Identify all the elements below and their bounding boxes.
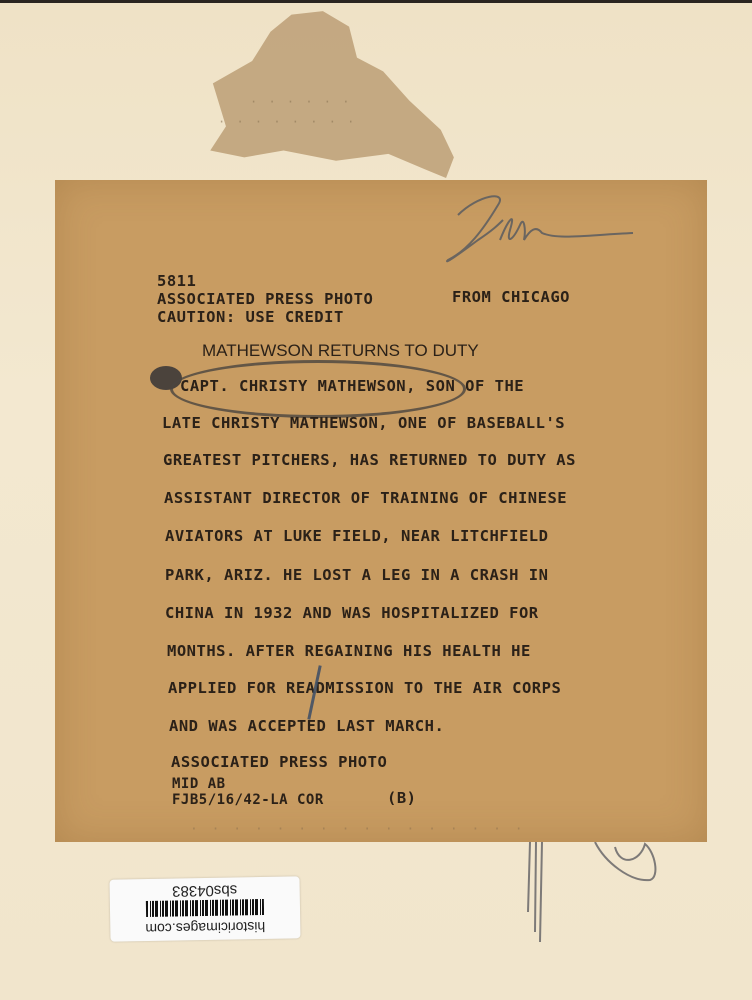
photo-number: 5811: [157, 272, 196, 290]
top-border: [0, 0, 752, 3]
origin-line: FROM CHICAGO: [452, 288, 570, 306]
scrap-faded-text: · · · · · ·: [250, 95, 351, 109]
pencil-marks-icon: [520, 842, 660, 962]
footer-date: FJB5/16/42-LA COR: [172, 792, 324, 808]
barcode-icon: [146, 899, 264, 917]
barcode-site-text: historicimages.com: [110, 918, 300, 937]
footer-credit: ASSOCIATED PRESS PHOTO: [171, 753, 387, 771]
body-line-6: PARK, ARIZ. HE LOST A LEG IN A CRASH IN: [165, 566, 548, 584]
body-line-8: MONTHS. AFTER REGAINING HIS HEALTH HE: [167, 642, 531, 660]
bleed-through-text: · · · · · · · · · · · · · · · ·: [190, 822, 526, 837]
footer-code: MID AB: [172, 776, 226, 792]
body-line-5: AVIATORS AT LUKE FIELD, NEAR LITCHFIELD: [165, 527, 548, 545]
body-line-7: CHINA IN 1932 AND WAS HOSPITALIZED FOR: [165, 604, 539, 622]
headline: MATHEWSON RETURNS TO DUTY: [202, 341, 479, 361]
caption-sheet: [55, 180, 707, 842]
body-line-10: AND WAS ACCEPTED LAST MARCH.: [169, 717, 444, 735]
body-line-4: ASSISTANT DIRECTOR OF TRAINING OF CHINES…: [164, 489, 567, 507]
body-line-2: LATE CHRISTY MATHEWSON, ONE OF BASEBALL'…: [162, 414, 565, 432]
footer-mark: (B): [387, 789, 417, 807]
body-line-3: GREATEST PITCHERS, HAS RETURNED TO DUTY …: [163, 451, 576, 469]
agency-line: ASSOCIATED PRESS PHOTO: [157, 290, 373, 308]
scrap-faded-text-2: · · · · · · · ·: [218, 115, 356, 129]
body-line-9: APPLIED FOR READMISSION TO THE AIR CORPS: [168, 679, 561, 697]
body-line-1: CAPT. CHRISTY MATHEWSON, SON OF THE: [180, 377, 524, 395]
barcode-id-text: sbs04383: [110, 880, 300, 900]
barcode-label: historicimages.com sbs04383: [109, 876, 300, 941]
caution-line: CAUTION: USE CREDIT: [157, 308, 344, 326]
handwritten-file-signature-icon: [438, 185, 638, 270]
torn-paper-scrap: [205, 6, 467, 178]
